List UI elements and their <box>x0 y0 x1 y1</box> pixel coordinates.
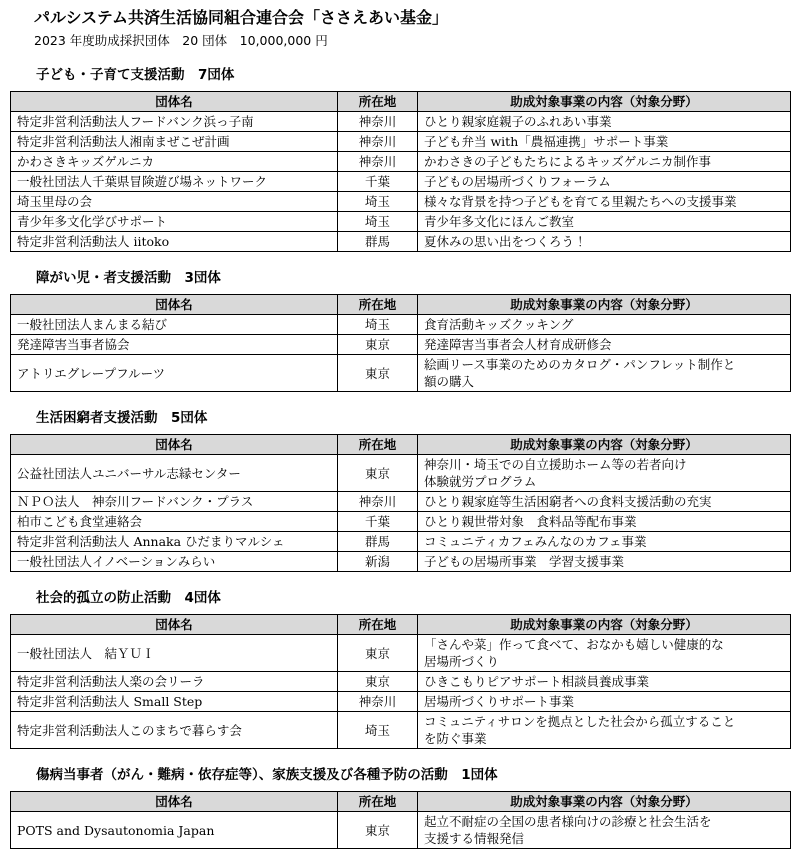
content-cell: コミュニティサロンを拠点とした社会から孤立すること を防ぐ事業 <box>418 712 791 749</box>
document-page: パルシステム共済生活協同組合連合会「ささえあい基金」 2023 年度助成採択団体… <box>0 0 800 849</box>
content-cell: 絵画リース事業のためのカタログ・パンフレット制作と 額の購入 <box>418 355 791 392</box>
org-column-header: 団体名 <box>11 792 338 812</box>
table-row: 特定非営利活動法人湘南まぜこぜ計画 神奈川 子ども弁当 with「農福連携」サポ… <box>11 132 791 152</box>
grant-table: 団体名 所在地 助成対象事業の内容（対象分野） 一般社団法人 結ＹＵＩ 東京 「… <box>10 614 791 749</box>
content-cell: 「さんや菜」作って食べて、おなかも嬉しい健康的な 居場所づくり <box>418 635 791 672</box>
content-column-header: 助成対象事業の内容（対象分野） <box>418 792 791 812</box>
org-cell: かわさきキッズゲルニカ <box>11 152 338 172</box>
location-column-header: 所在地 <box>338 615 418 635</box>
table-row: POTS and Dysautonomia Japan 東京 起立不耐症の全国の… <box>11 812 791 849</box>
location-cell: 埼玉 <box>338 712 418 749</box>
location-cell: 埼玉 <box>338 315 418 335</box>
section-heading: 子ども・子育て支援活動 7団体 <box>36 67 790 84</box>
org-cell: 公益社団法人ユニバーサル志縁センター <box>11 455 338 492</box>
location-column-header: 所在地 <box>338 92 418 112</box>
location-cell: 埼玉 <box>338 192 418 212</box>
content-cell: ひとり親家庭等生活困窮者への食料支援活動の充実 <box>418 492 791 512</box>
section-isolation-prevention: 社会的孤立の防止活動 4団体 団体名 所在地 助成対象事業の内容（対象分野） 一… <box>10 590 790 749</box>
table-row: 一般社団法人イノベーションみらい 新潟 子どもの居場所事業 学習支援事業 <box>11 552 791 572</box>
content-column-header: 助成対象事業の内容（対象分野） <box>418 295 791 315</box>
section-disability-support: 障がい児・者支援活動 3団体 団体名 所在地 助成対象事業の内容（対象分野） 一… <box>10 270 790 392</box>
org-cell: POTS and Dysautonomia Japan <box>11 812 338 849</box>
org-cell: 一般社団法人 結ＹＵＩ <box>11 635 338 672</box>
location-cell: 群馬 <box>338 232 418 252</box>
table-row: 柏市こども食堂連絡会 千葉 ひとり親世帯対象 食料品等配布事業 <box>11 512 791 532</box>
table-row: かわさきキッズゲルニカ 神奈川 かわさきの子どもたちによるキッズゲルニカ制作事 <box>11 152 791 172</box>
content-column-header: 助成対象事業の内容（対象分野） <box>418 615 791 635</box>
content-cell: 様々な背景を持つ子どもを育てる里親たちへの支援事業 <box>418 192 791 212</box>
table-row: 発達障害当事者協会 東京 発達障害当事者会人材育成研修会 <box>11 335 791 355</box>
location-cell: 東京 <box>338 635 418 672</box>
table-row: 特定非営利活動法人 iitoko 群馬 夏休みの思い出をつくろう！ <box>11 232 791 252</box>
location-cell: 神奈川 <box>338 492 418 512</box>
grant-table: 団体名 所在地 助成対象事業の内容（対象分野） 一般社団法人まんまる結び 埼玉 … <box>10 294 791 392</box>
table-header-row: 団体名 所在地 助成対象事業の内容（対象分野） <box>11 435 791 455</box>
grant-table: 団体名 所在地 助成対象事業の内容（対象分野） 特定非営利活動法人フードバンク浜… <box>10 91 791 252</box>
org-cell: 一般社団法人千葉県冒険遊び場ネットワーク <box>11 172 338 192</box>
location-column-header: 所在地 <box>338 435 418 455</box>
table-row: ＮＰＯ法人 神奈川フードバンク・プラス 神奈川 ひとり親家庭等生活困窮者への食料… <box>11 492 791 512</box>
grant-table: 団体名 所在地 助成対象事業の内容（対象分野） 公益社団法人ユニバーサル志縁セン… <box>10 434 791 572</box>
table-header-row: 団体名 所在地 助成対象事業の内容（対象分野） <box>11 295 791 315</box>
table-row: 特定非営利活動法人 Annaka ひだまりマルシェ 群馬 コミュニティカフェみん… <box>11 532 791 552</box>
org-column-header: 団体名 <box>11 92 338 112</box>
content-cell: 食育活動キッズクッキング <box>418 315 791 335</box>
table-row: 一般社団法人千葉県冒険遊び場ネットワーク 千葉 子どもの居場所づくりフォーラム <box>11 172 791 192</box>
table-row: 埼玉里母の会 埼玉 様々な背景を持つ子どもを育てる里親たちへの支援事業 <box>11 192 791 212</box>
table-row: 特定非営利活動法人 Small Step 神奈川 居場所づくりサポート事業 <box>11 692 791 712</box>
org-cell: 埼玉里母の会 <box>11 192 338 212</box>
table-row: アトリエグレープフルーツ 東京 絵画リース事業のためのカタログ・パンフレット制作… <box>11 355 791 392</box>
page-subtitle: 2023 年度助成採択団体 20 団体 10,000,000 円 <box>34 33 790 49</box>
content-column-header: 助成対象事業の内容（対象分野） <box>418 435 791 455</box>
content-cell: 居場所づくりサポート事業 <box>418 692 791 712</box>
org-cell: 一般社団法人イノベーションみらい <box>11 552 338 572</box>
location-cell: 東京 <box>338 355 418 392</box>
table-row: 特定非営利活動法人このまちで暮らす会 埼玉 コミュニティサロンを拠点とした社会か… <box>11 712 791 749</box>
location-cell: 千葉 <box>338 512 418 532</box>
content-cell: かわさきの子どもたちによるキッズゲルニカ制作事 <box>418 152 791 172</box>
table-row: 青少年多文化学びサポート 埼玉 青少年多文化にほんご教室 <box>11 212 791 232</box>
org-cell: 特定非営利活動法人このまちで暮らす会 <box>11 712 338 749</box>
org-cell: 特定非営利活動法人 Annaka ひだまりマルシェ <box>11 532 338 552</box>
table-row: 特定非営利活動法人フードバンク浜っ子南 神奈川 ひとり親家庭親子のふれあい事業 <box>11 112 791 132</box>
section-heading: 障がい児・者支援活動 3団体 <box>36 270 790 287</box>
section-heading: 傷病当事者（がん・難病・依存症等）、家族支援及び各種予防の活動 1団体 <box>36 767 790 784</box>
org-cell: ＮＰＯ法人 神奈川フードバンク・プラス <box>11 492 338 512</box>
content-cell: コミュニティカフェみんなのカフェ事業 <box>418 532 791 552</box>
location-cell: 東京 <box>338 335 418 355</box>
table-header-row: 団体名 所在地 助成対象事業の内容（対象分野） <box>11 615 791 635</box>
org-column-header: 団体名 <box>11 435 338 455</box>
content-cell: 夏休みの思い出をつくろう！ <box>418 232 791 252</box>
table-header-row: 団体名 所在地 助成対象事業の内容（対象分野） <box>11 92 791 112</box>
content-cell: 子ども弁当 with「農福連携」サポート事業 <box>418 132 791 152</box>
table-row: 一般社団法人 結ＹＵＩ 東京 「さんや菜」作って食べて、おなかも嬉しい健康的な … <box>11 635 791 672</box>
content-cell: 発達障害当事者会人材育成研修会 <box>418 335 791 355</box>
table-row: 公益社団法人ユニバーサル志縁センター 東京 神奈川・埼玉での自立援助ホーム等の若… <box>11 455 791 492</box>
org-cell: 特定非営利活動法人楽の会リーラ <box>11 672 338 692</box>
org-column-header: 団体名 <box>11 295 338 315</box>
location-cell: 神奈川 <box>338 112 418 132</box>
location-cell: 東京 <box>338 812 418 849</box>
content-cell: 子どもの居場所づくりフォーラム <box>418 172 791 192</box>
table-header-row: 団体名 所在地 助成対象事業の内容（対象分野） <box>11 792 791 812</box>
org-cell: アトリエグレープフルーツ <box>11 355 338 392</box>
org-cell: 特定非営利活動法人フードバンク浜っ子南 <box>11 112 338 132</box>
location-cell: 東京 <box>338 672 418 692</box>
table-row: 一般社団法人まんまる結び 埼玉 食育活動キッズクッキング <box>11 315 791 335</box>
org-cell: 青少年多文化学びサポート <box>11 212 338 232</box>
page-title: パルシステム共済生活協同組合連合会「ささえあい基金」 <box>34 8 790 28</box>
location-cell: 埼玉 <box>338 212 418 232</box>
table-row: 特定非営利活動法人楽の会リーラ 東京 ひきこもりピアサポート相談員養成事業 <box>11 672 791 692</box>
org-cell: 柏市こども食堂連絡会 <box>11 512 338 532</box>
content-cell: 起立不耐症の全国の患者様向けの診療と社会生活を 支援する情報発信 <box>418 812 791 849</box>
content-cell: 神奈川・埼玉での自立援助ホーム等の若者向け 体験就労プログラム <box>418 455 791 492</box>
section-heading: 生活困窮者支援活動 5団体 <box>36 410 790 427</box>
location-cell: 東京 <box>338 455 418 492</box>
org-cell: 発達障害当事者協会 <box>11 335 338 355</box>
content-column-header: 助成対象事業の内容（対象分野） <box>418 92 791 112</box>
section-child-support: 子ども・子育て支援活動 7団体 団体名 所在地 助成対象事業の内容（対象分野） … <box>10 67 790 252</box>
content-cell: ひとり親世帯対象 食料品等配布事業 <box>418 512 791 532</box>
org-cell: 一般社団法人まんまる結び <box>11 315 338 335</box>
section-poverty-support: 生活困窮者支援活動 5団体 団体名 所在地 助成対象事業の内容（対象分野） 公益… <box>10 410 790 572</box>
org-cell: 特定非営利活動法人 Small Step <box>11 692 338 712</box>
location-cell: 群馬 <box>338 532 418 552</box>
location-cell: 神奈川 <box>338 132 418 152</box>
content-cell: ひきこもりピアサポート相談員養成事業 <box>418 672 791 692</box>
grant-table: 団体名 所在地 助成対象事業の内容（対象分野） POTS and Dysauto… <box>10 791 791 849</box>
location-cell: 神奈川 <box>338 152 418 172</box>
org-column-header: 団体名 <box>11 615 338 635</box>
section-heading: 社会的孤立の防止活動 4団体 <box>36 590 790 607</box>
content-cell: 子どもの居場所事業 学習支援事業 <box>418 552 791 572</box>
section-illness-family-support: 傷病当事者（がん・難病・依存症等）、家族支援及び各種予防の活動 1団体 団体名 … <box>10 767 790 849</box>
content-cell: 青少年多文化にほんご教室 <box>418 212 791 232</box>
content-cell: ひとり親家庭親子のふれあい事業 <box>418 112 791 132</box>
org-cell: 特定非営利活動法人湘南まぜこぜ計画 <box>11 132 338 152</box>
location-cell: 千葉 <box>338 172 418 192</box>
location-cell: 神奈川 <box>338 692 418 712</box>
location-column-header: 所在地 <box>338 792 418 812</box>
org-cell: 特定非営利活動法人 iitoko <box>11 232 338 252</box>
location-cell: 新潟 <box>338 552 418 572</box>
location-column-header: 所在地 <box>338 295 418 315</box>
